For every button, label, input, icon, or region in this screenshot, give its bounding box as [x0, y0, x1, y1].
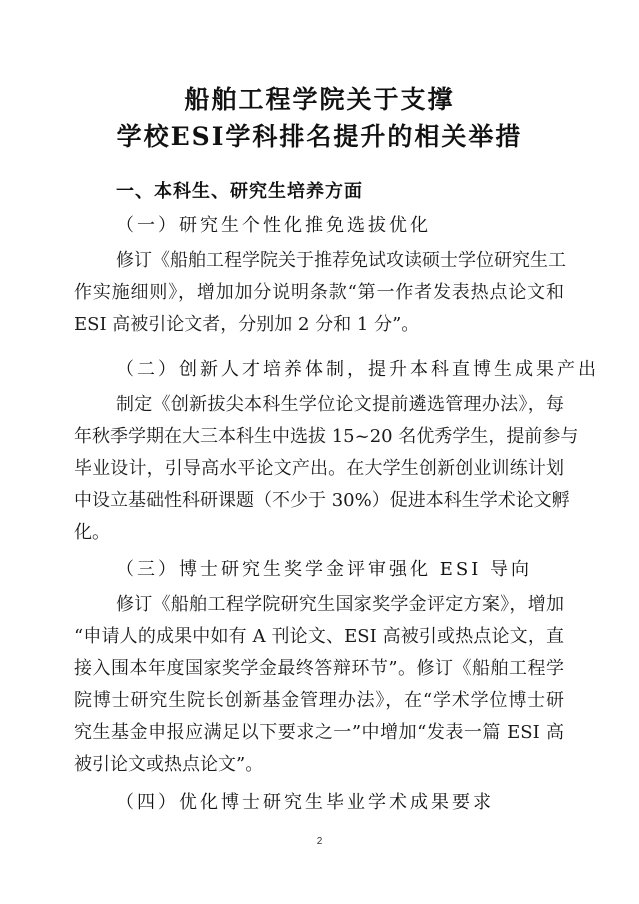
paragraph-line: 被引论文或热点论文”。 [74, 749, 564, 781]
paragraph-line: 制定《创新拔尖本科生学位论文提前遴选管理办法》，每 [74, 389, 564, 421]
subsection-heading-4: （四）优化博士研究生毕业学术成果要求 [116, 788, 494, 814]
subsection-heading-3: （三）博士研究生奖学金评审强化 ESI 导向 [116, 555, 532, 581]
subsection-heading-1: （一）研究生个性化推免选拔优化 [116, 211, 431, 237]
section-heading: 一、本科生、研究生培养方面 [116, 177, 363, 203]
paragraph-line: “申请人的成果中如有 A 刊论文、ESI 高被引或热点论文，直 [74, 621, 564, 653]
document-title-line-2: 学校ESI学科排名提升的相关举措 [0, 117, 639, 153]
paragraph-line: 作实施细则》，增加加分说明条款“第一作者发表热点论文和 [74, 277, 564, 309]
paragraph-line: 接入围本年度国家奖学金最终答辩环节”。修订《船舶工程学 [74, 653, 564, 685]
paragraph-line: 中设立基础性科研课题（不少于 30%）促进本科生学术论文孵 [74, 485, 564, 517]
paragraph-line: 年秋季学期在大三本科生中选拔 15~20 名优秀学生，提前参与 [74, 421, 564, 453]
paragraph-line: 究生基金申报应满足以下要求之一”中增加“发表一篇 ESI 高 [74, 717, 564, 749]
document-page: 船舶工程学院关于支撑 学校ESI学科排名提升的相关举措 一、本科生、研究生培养方… [0, 0, 639, 904]
paragraph-line: 化。 [74, 517, 564, 549]
paragraph-line: 毕业设计，引导高水平论文产出。在大学生创新创业训练计划 [74, 453, 564, 485]
document-title-line-1: 船舶工程学院关于支撑 [0, 80, 639, 116]
paragraph-line: 修订《船舶工程学院研究生国家奖学金评定方案》，增加 [74, 589, 564, 621]
subsection-paragraph-1: 修订《船舶工程学院关于推荐免试攻读硕士学位研究生工 作实施细则》，增加加分说明条… [74, 245, 564, 341]
subsection-heading-2: （二）创新人才培养体制，提升本科直博生成果产出 [116, 355, 599, 381]
subsection-paragraph-2: 制定《创新拔尖本科生学位论文提前遴选管理办法》，每 年秋季学期在大三本科生中选拔… [74, 389, 564, 549]
paragraph-line: 院博士研究生院长创新基金管理办法》，在“学术学位博士研 [74, 685, 564, 717]
page-number: 2 [0, 836, 639, 847]
paragraph-line: 修订《船舶工程学院关于推荐免试攻读硕士学位研究生工 [74, 245, 564, 277]
subsection-paragraph-3: 修订《船舶工程学院研究生国家奖学金评定方案》，增加 “申请人的成果中如有 A 刊… [74, 589, 564, 781]
paragraph-line: ESI 高被引论文者，分别加 2 分和 1 分”。 [74, 309, 564, 341]
